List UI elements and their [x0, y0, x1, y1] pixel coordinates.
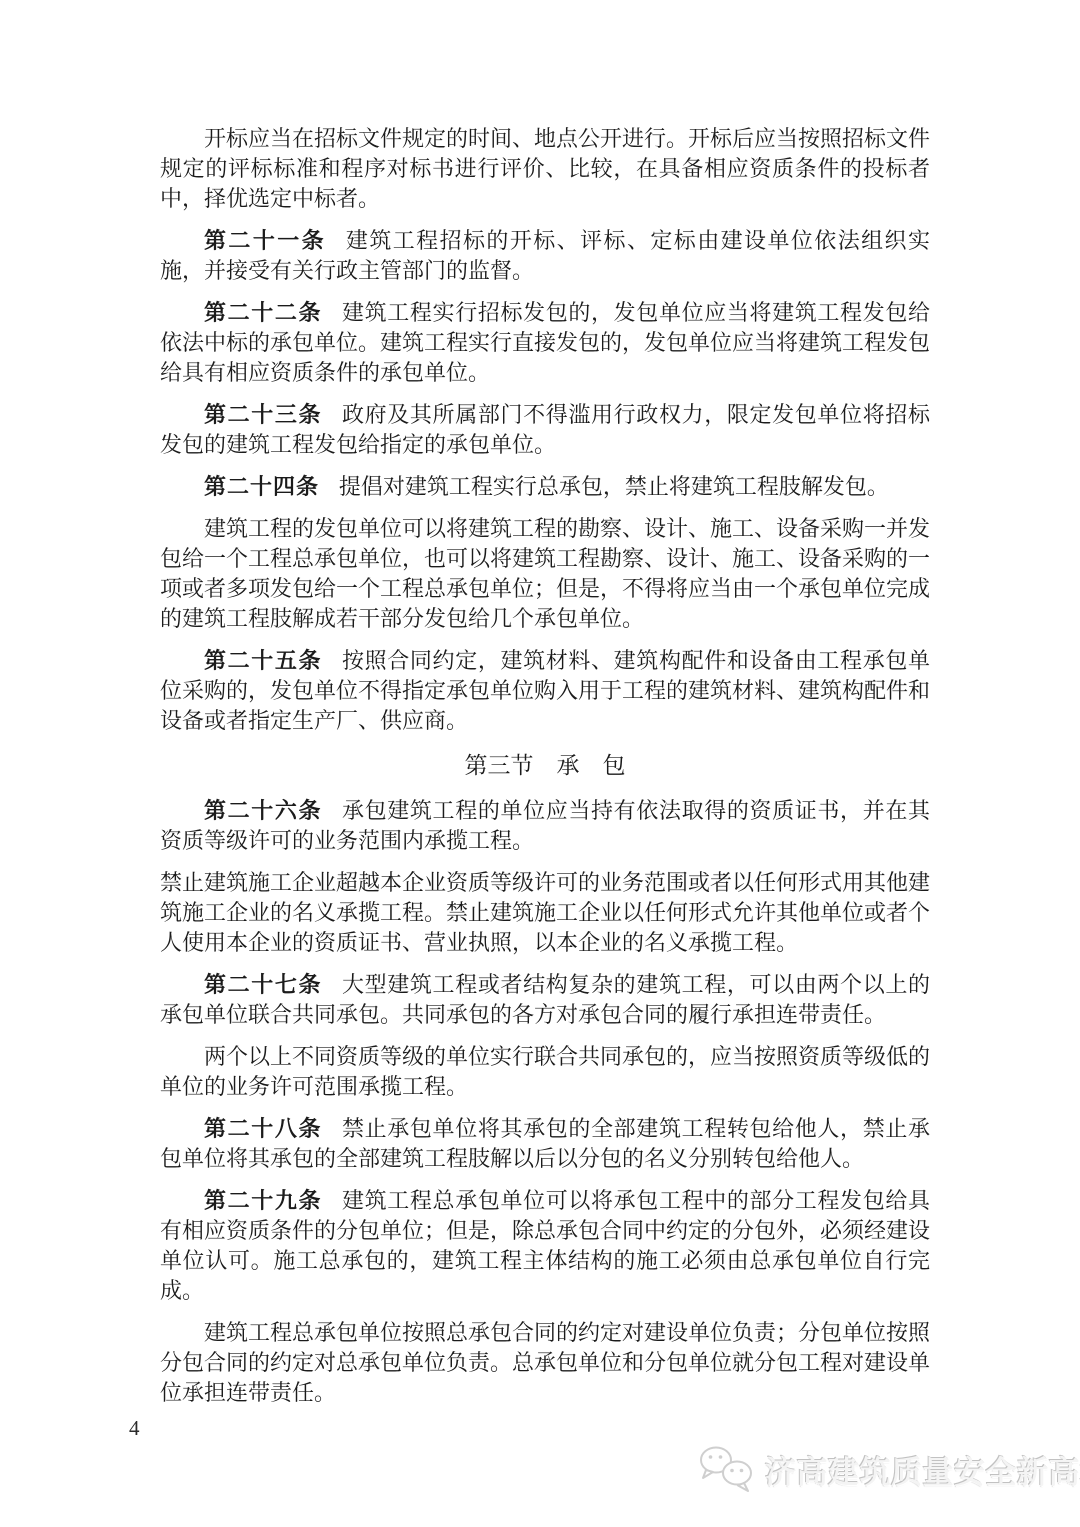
article-paragraph: 第二十二条建筑工程实行招标发包的，发包单位应当将建筑工程发包给依法中标的承包单位…: [160, 298, 930, 388]
article-number: 第二十二条: [204, 300, 322, 325]
article-paragraph: 第二十八条禁止承包单位将其承包的全部建筑工程转包给他人，禁止承包单位将其承包的全…: [160, 1114, 930, 1174]
article-number: 第二十七条: [204, 972, 322, 997]
paragraph-text: 第三节 承 包: [465, 753, 626, 778]
article-number: 第二十九条: [204, 1188, 322, 1213]
watermark-text: 济高建筑质量安全新高地: [765, 1447, 1080, 1492]
article-number: 第二十一条: [204, 228, 326, 253]
paragraph-text: 建筑工程的发包单位可以将建筑工程的勘察、设计、施工、设备采购一并发包给一个工程总…: [160, 516, 930, 631]
article-paragraph: 第二十一条建筑工程招标的开标、评标、定标由建设单位依法组织实施，并接受有关行政主…: [160, 226, 930, 286]
paragraph-text: 禁止建筑施工企业超越本企业资质等级许可的业务范围或者以任何形式用其他建筑施工企业…: [160, 870, 930, 955]
article-number: 第二十五条: [204, 648, 322, 673]
document-page: 开标应当在招标文件规定的时间、地点公开进行。开标后应当按照招标文件规定的评标标准…: [0, 0, 1080, 1527]
paragraph-text: 两个以上不同资质等级的单位实行联合共同承包的，应当按照资质等级低的单位的业务许可…: [160, 1044, 930, 1099]
article-paragraph: 第二十九条建筑工程总承包单位可以将承包工程中的部分工程发包给具有相应资质条件的分…: [160, 1186, 930, 1306]
document-body: 开标应当在招标文件规定的时间、地点公开进行。开标后应当按照招标文件规定的评标标准…: [160, 124, 930, 1420]
paragraph: 开标应当在招标文件规定的时间、地点公开进行。开标后应当按照招标文件规定的评标标准…: [160, 124, 930, 214]
paragraph: 两个以上不同资质等级的单位实行联合共同承包的，应当按照资质等级低的单位的业务许可…: [160, 1042, 930, 1102]
paragraph-text: 提倡对建筑工程实行总承包，禁止将建筑工程肢解发包。: [339, 474, 889, 499]
section-heading: 第三节 承 包: [160, 751, 930, 781]
wechat-icon: [696, 1443, 758, 1495]
article-number: 第二十八条: [204, 1116, 322, 1141]
paragraph: 禁止建筑施工企业超越本企业资质等级许可的业务范围或者以任何形式用其他建筑施工企业…: [160, 868, 930, 958]
paragraph: 建筑工程总承包单位按照总承包合同的约定对建设单位负责；分包单位按照分包合同的约定…: [160, 1318, 930, 1408]
paragraph-text: 开标应当在招标文件规定的时间、地点公开进行。开标后应当按照招标文件规定的评标标准…: [160, 126, 930, 211]
paragraph: 建筑工程的发包单位可以将建筑工程的勘察、设计、施工、设备采购一并发包给一个工程总…: [160, 514, 930, 634]
watermark: 济高建筑质量安全新高地: [696, 1443, 1080, 1495]
article-paragraph: 第二十七条大型建筑工程或者结构复杂的建筑工程，可以由两个以上的承包单位联合共同承…: [160, 970, 930, 1030]
paragraph-text: 建筑工程总承包单位按照总承包合同的约定对建设单位负责；分包单位按照分包合同的约定…: [160, 1320, 930, 1405]
article-paragraph: 第二十三条政府及其所属部门不得滥用行政权力，限定发包单位将招标发包的建筑工程发包…: [160, 400, 930, 460]
article-number: 第二十三条: [204, 402, 322, 427]
article-paragraph: 第二十四条提倡对建筑工程实行总承包，禁止将建筑工程肢解发包。: [160, 472, 930, 502]
article-paragraph: 第二十五条按照合同约定，建筑材料、建筑构配件和设备由工程承包单位采购的，发包单位…: [160, 646, 930, 736]
article-number: 第二十四条: [204, 474, 319, 499]
page-number: 4: [129, 1414, 140, 1442]
article-paragraph: 第二十六条承包建筑工程的单位应当持有依法取得的资质证书，并在其资质等级许可的业务…: [160, 796, 930, 856]
article-number: 第二十六条: [204, 798, 322, 823]
